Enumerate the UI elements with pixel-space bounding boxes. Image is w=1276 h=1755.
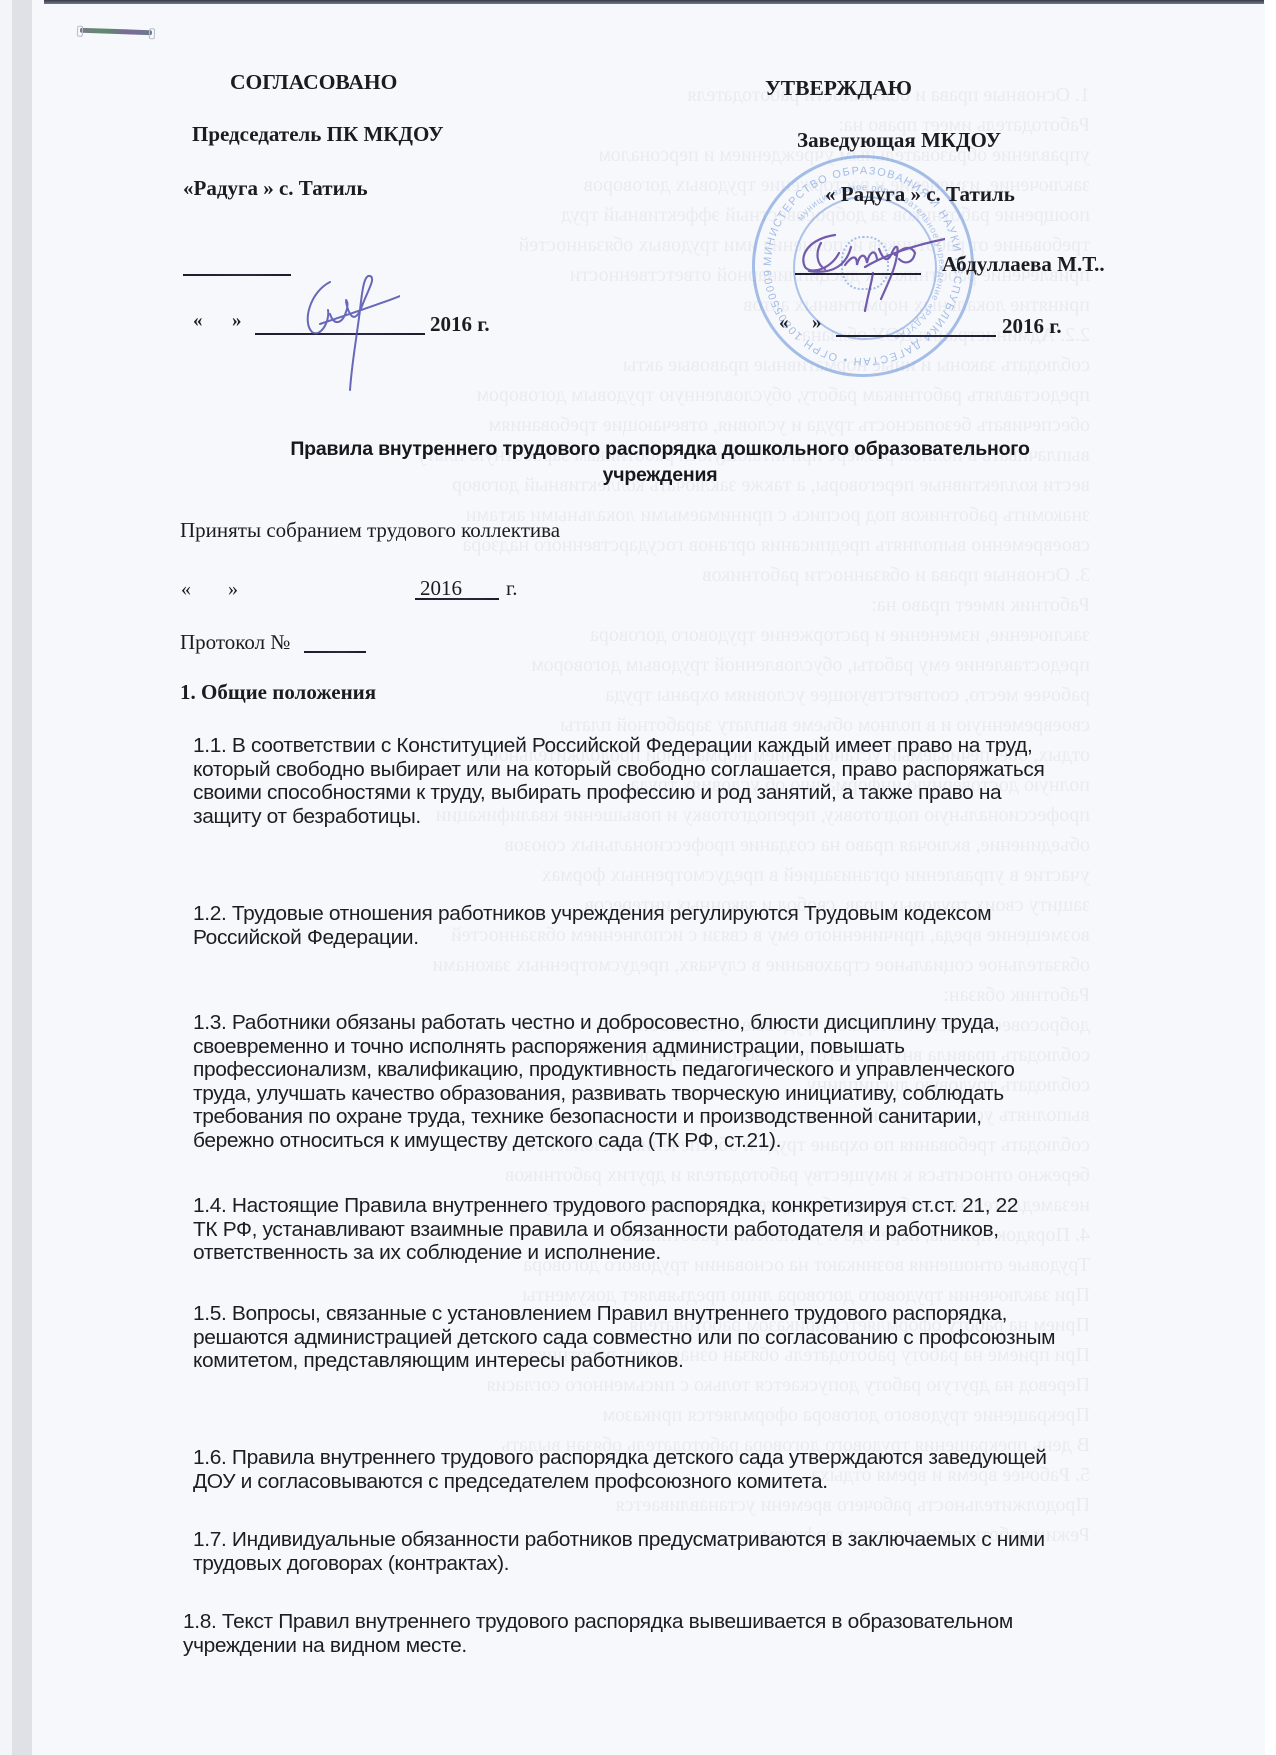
paragraph-line: 1.8. Текст Правил внутреннего трудового …: [183, 1610, 1101, 1634]
paragraph-line: 1.3. Работники обязаны работать честно и…: [193, 1011, 1111, 1035]
document-title-line2: учреждения: [180, 462, 1140, 488]
adopted-year-suffix: г.: [506, 576, 518, 601]
paragraph-line: требования по охране труда, технике безо…: [193, 1105, 1111, 1129]
document-content: СОГЛАСОВАНО Председатель ПК МКДОУ «Радуг…: [0, 0, 1276, 1755]
approval-left-organization: «Радуга » с. Татиль: [183, 176, 368, 201]
paragraph-1-4: 1.4. Настоящие Правила внутреннего трудо…: [193, 1194, 1111, 1265]
paragraph-line: 1.7. Индивидуальные обязанности работник…: [193, 1528, 1111, 1552]
date-line-right: [836, 335, 996, 337]
paragraph-1-1: 1.1. В соответствии с Конституцией Росси…: [193, 734, 1111, 828]
paragraph-line: ТК РФ, устанавливают взаимные правила и …: [193, 1218, 1111, 1242]
document-title-line1: Правила внутреннего трудового распорядка…: [180, 436, 1140, 462]
approval-right-organization: « Радуга » с. Татиль: [825, 182, 1015, 207]
paragraph-1-7: 1.7. Индивидуальные обязанности работник…: [193, 1528, 1111, 1575]
paragraph-line: комитетом, представляющим интересы работ…: [193, 1349, 1111, 1373]
paragraph-1-8: 1.8. Текст Правил внутреннего трудового …: [183, 1610, 1101, 1657]
approval-left-position: Председатель ПК МКДОУ: [192, 122, 444, 147]
paragraph-line: учреждении на видном месте.: [183, 1634, 1101, 1658]
paragraph-1-6: 1.6. Правила внутреннего трудового распо…: [193, 1446, 1111, 1493]
approval-right-year: 2016 г.: [1002, 314, 1062, 339]
adopted-by-text: Приняты собранием трудового коллектива: [180, 518, 560, 543]
paragraph-line: 1.6. Правила внутреннего трудового распо…: [193, 1446, 1111, 1470]
paragraph-line: ответственность за их соблюдение и испол…: [193, 1241, 1111, 1265]
paragraph-line: 1.1. В соответствии с Конституцией Росси…: [193, 734, 1111, 758]
paragraph-1-2: 1.2. Трудовые отношения работников учреж…: [193, 902, 1111, 949]
adopted-date-open-quote: «: [181, 578, 191, 601]
document-title: Правила внутреннего трудового распорядка…: [180, 436, 1140, 488]
paragraph-line: Российской Федерации.: [193, 926, 1111, 950]
paragraph-line: бережно относиться к имуществу детского …: [193, 1129, 1111, 1153]
protocol-number-line: [304, 651, 366, 653]
protocol-label: Протокол №: [180, 630, 290, 655]
approval-left-year: 2016 г.: [430, 312, 490, 337]
approval-right-heading: УТВЕРЖДАЮ: [765, 76, 912, 101]
paragraph-line: защиту от безработицы.: [193, 805, 1111, 829]
paragraph-line: ДОУ и согласовываются с председателем пр…: [193, 1470, 1111, 1494]
signature-line-left-short: [183, 274, 291, 276]
signature-director-icon: [795, 225, 945, 335]
paragraph-line: который свободно выбирает или на который…: [193, 758, 1111, 782]
date-open-quote-left: «: [193, 310, 203, 332]
paragraph-line: 1.2. Трудовые отношения работников учреж…: [193, 902, 1111, 926]
signature-chairman-icon: [290, 262, 400, 392]
paragraph-line: труда, улучшать качество образования, ра…: [193, 1082, 1111, 1106]
scanned-document-page: 1. Основные права и обязанности работода…: [0, 0, 1276, 1755]
paragraph-line: 1.4. Настоящие Правила внутреннего трудо…: [193, 1194, 1111, 1218]
paragraph-line: решаются администрацией детского сада со…: [193, 1326, 1111, 1350]
paragraph-1-5: 1.5. Вопросы, связанные с установлением …: [193, 1302, 1111, 1373]
approval-right-signatory: Абдуллаева М.Т..: [942, 252, 1105, 277]
approval-left-heading: СОГЛАСОВАНО: [230, 70, 397, 95]
paragraph-line: трудовых договорах (контрактах).: [193, 1552, 1111, 1576]
paragraph-line: своими способностями к труду, выбирать п…: [193, 781, 1111, 805]
paragraph-line: 1.5. Вопросы, связанные с установлением …: [193, 1302, 1111, 1326]
paragraph-line: своевременно и точно исполнять распоряже…: [193, 1035, 1111, 1059]
date-close-quote-left: »: [232, 310, 242, 332]
adopted-date-close-quote: »: [228, 578, 238, 601]
section1-heading: 1. Общие положения: [180, 680, 376, 705]
paragraph-1-3: 1.3. Работники обязаны работать честно и…: [193, 1011, 1111, 1152]
adopted-date-line: [415, 598, 499, 600]
paragraph-line: профессионализм, квалификацию, продуктив…: [193, 1058, 1111, 1082]
approval-right-position: Заведующая МКДОУ: [797, 128, 1001, 153]
date-open-quote-right: «: [779, 312, 789, 334]
